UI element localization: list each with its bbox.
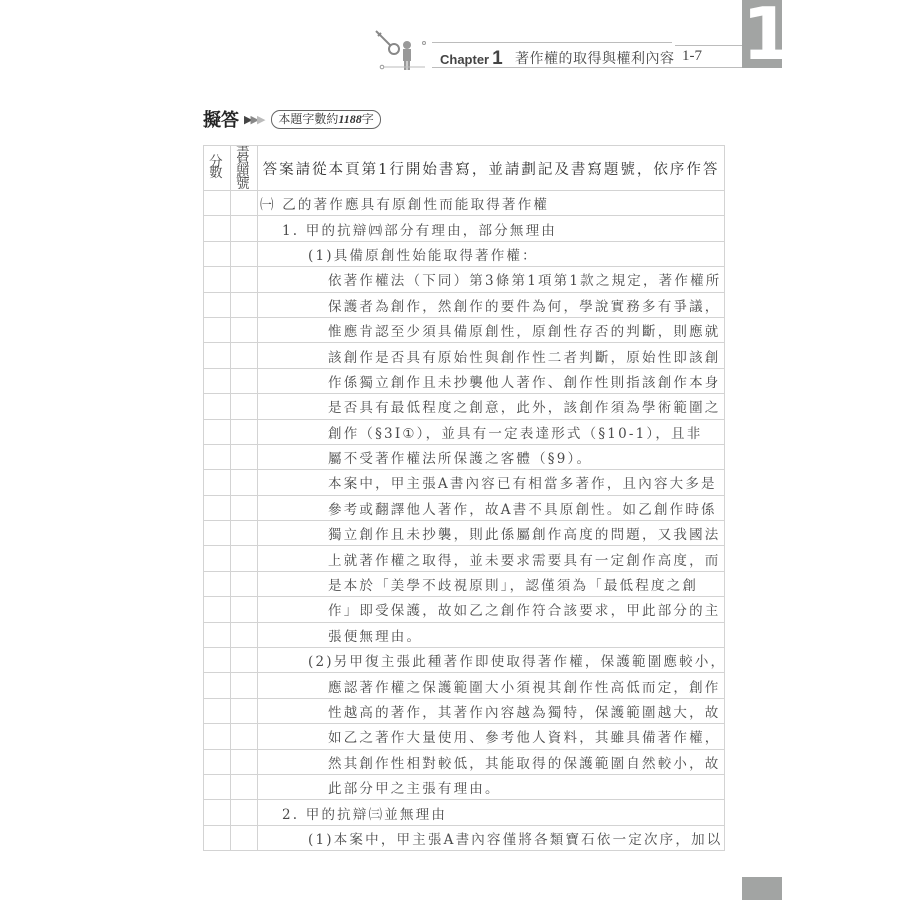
answer-line: 是否具有最低程度之創意，此外，該創作須為學術範圍之 (258, 394, 725, 419)
score-cell (204, 444, 231, 469)
question-number-cell (231, 749, 258, 774)
table-row: 創作（§3Ⅰ①），並具有一定表達形式（§10-1），且非 (204, 419, 725, 444)
table-row: 該創作是否具有原始性與創作性二者判斷，原始性即該創 (204, 343, 725, 368)
score-cell (204, 749, 231, 774)
answer-line: 如乙之著作大量使用、參考他人資料，其雖具備著作權， (258, 724, 725, 749)
answer-line: 1. 甲的抗辯㈣部分有理由，部分無理由 (258, 216, 725, 241)
answer-line: 性越高的著作，其著作內容越為獨特，保護範圍越大，故 (258, 698, 725, 723)
table-row: 此部分甲之主張有理由。 (204, 774, 725, 799)
question-number-cell (231, 419, 258, 444)
score-cell (204, 216, 231, 241)
table-row: 作」即受保護，故如乙之創作符合該要求，甲此部分的主 (204, 597, 725, 622)
score-cell (204, 825, 231, 850)
score-cell (204, 419, 231, 444)
question-number-cell (231, 267, 258, 292)
question-number-cell (231, 825, 258, 850)
question-number-cell (231, 317, 258, 342)
table-row: 獨立創作且未抄襲，則此係屬創作高度的問題，又我國法 (204, 521, 725, 546)
answer-line: (2)另甲復主張此種著作即使取得著作權，保護範圍應較小， (258, 648, 725, 673)
page-header: Chapter1 著作權的取得與權利內容 1-7 1 (0, 0, 900, 80)
score-cell (204, 191, 231, 216)
score-cell (204, 698, 231, 723)
table-row: ㈠ 乙的著作應具有原創性而能取得著作權 (204, 191, 725, 216)
answer-line: 本案中，甲主張A書內容已有相當多著作，且內容大多是 (258, 470, 725, 495)
answer-line: 作係獨立創作且未抄襲他人著作、創作性則指該創作本身 (258, 368, 725, 393)
table-row: 上就著作權之取得，並未要求需要具有一定創作高度，而 (204, 546, 725, 571)
table-row: 本案中，甲主張A書內容已有相當多著作，且內容大多是 (204, 470, 725, 495)
answer-line: 張便無理由。 (258, 622, 725, 647)
score-cell (204, 571, 231, 596)
question-number-cell (231, 191, 258, 216)
table-row: 依著作權法（下同）第3條第1項第1款之規定，著作權所 (204, 267, 725, 292)
table-row: 如乙之著作大量使用、參考他人資料，其雖具備著作權， (204, 724, 725, 749)
score-cell (204, 470, 231, 495)
table-row: 惟應肯認至少須具備原創性，原創性存否的判斷，則應就 (204, 317, 725, 342)
score-cell (204, 673, 231, 698)
table-row: 是本於「美學不歧視原則」，認僅須為「最低程度之創 (204, 571, 725, 596)
table-row: 是否具有最低程度之創意，此外，該創作須為學術範圍之 (204, 394, 725, 419)
table-row: 張便無理由。 (204, 622, 725, 647)
question-number-cell (231, 597, 258, 622)
chapter-tab: 1 (742, 0, 782, 68)
chapter-label: Chapter1 (440, 48, 503, 70)
question-number-cell (231, 648, 258, 673)
question-number-cell (231, 571, 258, 596)
table-row: 2. 甲的抗辯㈢並無理由 (204, 800, 725, 825)
question-number-cell (231, 673, 258, 698)
question-number-cell (231, 800, 258, 825)
answer-line: 參考或翻譯他人著作，故A書不具原創性。如乙創作時係 (258, 495, 725, 520)
score-cell (204, 622, 231, 647)
table-row: (1)具備原創性始能取得著作權： (204, 241, 725, 266)
question-number-cell (231, 724, 258, 749)
score-cell (204, 292, 231, 317)
table-row: 保護者為創作，然創作的要件為何，學說實務多有爭議， (204, 292, 725, 317)
score-cell (204, 343, 231, 368)
answer-line: ㈠ 乙的著作應具有原創性而能取得著作權 (258, 191, 725, 216)
question-number-cell (231, 495, 258, 520)
answer-line: (1)具備原創性始能取得著作權： (258, 241, 725, 266)
answer-line: 作」即受保護，故如乙之創作符合該要求，甲此部分的主 (258, 597, 725, 622)
question-number-cell (231, 292, 258, 317)
question-number-column-header: 書寫題號 (231, 146, 258, 191)
answer-line: 保護者為創作，然創作的要件為何，學說實務多有爭議， (258, 292, 725, 317)
table-row: (2)另甲復主張此種著作即使取得著作權，保護範圍應較小， (204, 648, 725, 673)
question-number-cell (231, 698, 258, 723)
score-cell (204, 495, 231, 520)
question-number-cell (231, 546, 258, 571)
question-number-cell (231, 241, 258, 266)
question-number-cell (231, 774, 258, 799)
score-cell (204, 368, 231, 393)
answer-line: (1)本案中，甲主張A書內容僅將各類寶石依一定次序，加以 (258, 825, 725, 850)
score-cell (204, 317, 231, 342)
answer-sheet-header-row: 分數 書寫題號 答案請從本頁第1行開始書寫，並請劃記及書寫題號，依序作答 (204, 146, 725, 191)
question-number-cell (231, 343, 258, 368)
score-cell (204, 267, 231, 292)
answer-sheet-table: 分數 書寫題號 答案請從本頁第1行開始書寫，並請劃記及書寫題號，依序作答 ㈠ 乙… (203, 145, 725, 851)
answer-title: 擬答 (203, 106, 239, 132)
answer-line: 屬不受著作權法所保護之客體（§9）。 (258, 444, 725, 469)
table-row: 屬不受著作權法所保護之客體（§9）。 (204, 444, 725, 469)
answer-line: 是本於「美學不歧視原則」，認僅須為「最低程度之創 (258, 571, 725, 596)
score-column-header: 分數 (204, 146, 231, 191)
answer-line: 上就著作權之取得，並未要求需要具有一定創作高度，而 (258, 546, 725, 571)
answer-line: 創作（§3Ⅰ①），並具有一定表達形式（§10-1），且非 (258, 419, 725, 444)
answer-line: 應認著作權之保護範圍大小須視其創作性高低而定，創作 (258, 673, 725, 698)
question-number-cell (231, 216, 258, 241)
table-row: 1. 甲的抗辯㈣部分有理由，部分無理由 (204, 216, 725, 241)
score-cell (204, 546, 231, 571)
table-row: 作係獨立創作且未抄襲他人著作、創作性則指該創作本身 (204, 368, 725, 393)
triple-arrow-icon: ▶▶▶ (244, 113, 263, 126)
answer-line: 依著作權法（下同）第3條第1項第1款之規定，著作權所 (258, 267, 725, 292)
question-number-cell (231, 368, 258, 393)
score-cell (204, 241, 231, 266)
score-cell (204, 648, 231, 673)
question-number-cell (231, 521, 258, 546)
instruction-header: 答案請從本頁第1行開始書寫，並請劃記及書寫題號，依序作答 (258, 146, 725, 191)
question-number-cell (231, 444, 258, 469)
page-number: 1-7 (682, 48, 702, 65)
question-number-cell (231, 470, 258, 495)
score-cell (204, 774, 231, 799)
question-number-cell (231, 394, 258, 419)
score-cell (204, 521, 231, 546)
table-row: 然其創作性相對較低，其能取得的保護範圍自然較小，故 (204, 749, 725, 774)
answer-line: 惟應肯認至少須具備原創性，原創性存否的判斷，則應就 (258, 317, 725, 342)
score-cell (204, 597, 231, 622)
score-cell (204, 394, 231, 419)
table-row: 參考或翻譯他人著作，故A書不具原創性。如乙創作時係 (204, 495, 725, 520)
chapter-title: 著作權的取得與權利內容 (515, 48, 675, 68)
answer-line: 該創作是否具有原始性與創作性二者判斷，原始性即該創 (258, 343, 725, 368)
question-number-cell (231, 622, 258, 647)
table-row: (1)本案中，甲主張A書內容僅將各類寶石依一定次序，加以 (204, 825, 725, 850)
table-row: 性越高的著作，其著作內容越為獨特，保護範圍越大，故 (204, 698, 725, 723)
word-count-badge: 本題字數約1188字 (271, 110, 380, 129)
page-edge-tab (742, 877, 782, 900)
score-cell (204, 724, 231, 749)
score-cell (204, 800, 231, 825)
key-figure-icon (370, 25, 440, 75)
table-row: 應認著作權之保護範圍大小須視其創作性高低而定，創作 (204, 673, 725, 698)
answer-line: 2. 甲的抗辯㈢並無理由 (258, 800, 725, 825)
answer-line: 獨立創作且未抄襲，則此係屬創作高度的問題，又我國法 (258, 521, 725, 546)
answer-heading: 擬答 ▶▶▶ 本題字數約1188字 (203, 106, 381, 132)
answer-line: 此部分甲之主張有理由。 (258, 774, 725, 799)
answer-line: 然其創作性相對較低，其能取得的保護範圍自然較小，故 (258, 749, 725, 774)
